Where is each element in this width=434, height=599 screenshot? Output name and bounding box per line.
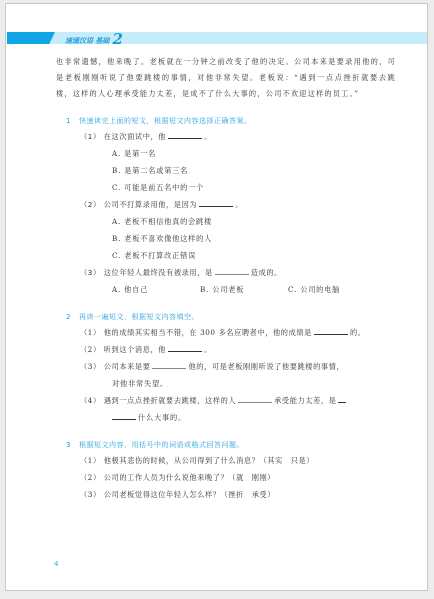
options-row: A. 他自己 B. 公司老板 C. 公司的电脑 bbox=[112, 281, 396, 298]
answer-blank[interactable] bbox=[215, 266, 249, 275]
question-2-3-continuation: 对他非常失望。 bbox=[112, 375, 396, 392]
question-2-3: （3）公司本来是要他的，可是老板刚刚听说了他要跳楼的事情， bbox=[80, 358, 396, 375]
answer-blank[interactable] bbox=[152, 360, 186, 369]
option-a[interactable]: A. 他自己 bbox=[112, 281, 200, 298]
answer-blank[interactable] bbox=[168, 343, 202, 352]
exercise-number: 3 bbox=[66, 441, 71, 449]
answer-blank[interactable] bbox=[238, 394, 272, 403]
answer-blank-end[interactable] bbox=[112, 411, 136, 420]
exercise-instruction: 根据短文内容，用括号中的词语或格式回答问题。 bbox=[79, 441, 244, 449]
option-b[interactable]: B. 老板不喜欢像他这样的人 bbox=[112, 230, 396, 247]
question-1-2: （2）公司不打算录用他，是因为。 bbox=[80, 196, 396, 213]
answer-blank[interactable] bbox=[199, 198, 233, 207]
answer-blank-start[interactable] bbox=[338, 394, 346, 403]
book-level: 2 bbox=[112, 30, 122, 48]
option-c[interactable]: C. 可能是前五名中的一个 bbox=[112, 179, 396, 196]
exercise-2-title: 2再读一遍短文，根据短文内容填空。 bbox=[66, 310, 396, 324]
exercise-number: 1 bbox=[66, 117, 71, 125]
answer-blank[interactable] bbox=[168, 130, 202, 139]
running-header: 速通汉语 基础2 bbox=[7, 32, 427, 44]
option-b[interactable]: B. 公司老板 bbox=[200, 281, 288, 298]
question-2-4: （4）遇到一点点挫折就要去跳楼，这样的人承受能力太差，是 bbox=[80, 392, 396, 409]
page-number: 4 bbox=[54, 560, 58, 568]
exercise-1-title: 1快速读完上面的短文，根据短文内容选择正确答案。 bbox=[66, 114, 396, 128]
option-a[interactable]: A. 是第一名 bbox=[112, 145, 396, 162]
passage-paragraph: 也非常遗憾，他来晚了。老板就在一分钟之前改变了他的决定。公司本来是要录用他的，可… bbox=[56, 54, 396, 102]
header-accent-block bbox=[7, 32, 55, 44]
question-1-1: （1）在这次面试中，他。 bbox=[80, 128, 396, 145]
question-2-4-continuation: 什么大事的。 bbox=[112, 409, 396, 426]
exercise-number: 2 bbox=[66, 313, 71, 321]
question-3-1: （1）他极其悲伤的时候，从公司得到了什么消息？（其实 只是） bbox=[80, 452, 396, 469]
question-2-1: （1）他的成绩其实相当不错，在 300 多名应聘者中，他的成绩是的。 bbox=[80, 324, 396, 341]
document-page: 速通汉语 基础2 也非常遗憾，他来晚了。老板就在一分钟之前改变了他的决定。公司本… bbox=[5, 3, 428, 591]
option-b[interactable]: B. 是第二名或第三名 bbox=[112, 162, 396, 179]
option-c[interactable]: C. 公司的电脑 bbox=[288, 281, 376, 298]
exercise-3-title: 3根据短文内容，用括号中的词语或格式回答问题。 bbox=[66, 438, 396, 452]
question-3-3: （3）公司老板觉得这位年轻人怎么样？（挫折 承受） bbox=[80, 486, 396, 503]
question-3-2: （2）公司的工作人员为什么说他来晚了？（就 刚刚） bbox=[80, 469, 396, 486]
option-a[interactable]: A. 老板不相信他真的会跳楼 bbox=[112, 213, 396, 230]
exercise-instruction: 再读一遍短文，根据短文内容填空。 bbox=[79, 313, 199, 321]
book-title: 速通汉语 基础2 bbox=[65, 32, 123, 44]
question-1-3: （3）这位年轻人最终没有被录用，是造成的。 bbox=[80, 264, 396, 281]
page-content: 也非常遗憾，他来晚了。老板就在一分钟之前改变了他的决定。公司本来是要录用他的，可… bbox=[56, 54, 396, 503]
question-2-2: （2）听到这个消息，他。 bbox=[80, 341, 396, 358]
book-title-text: 速通汉语 基础 bbox=[65, 37, 109, 45]
option-c[interactable]: C. 老板不打算改正错误 bbox=[112, 247, 396, 264]
exercise-instruction: 快速读完上面的短文，根据短文内容选择正确答案。 bbox=[79, 117, 252, 125]
answer-blank[interactable] bbox=[314, 326, 348, 335]
